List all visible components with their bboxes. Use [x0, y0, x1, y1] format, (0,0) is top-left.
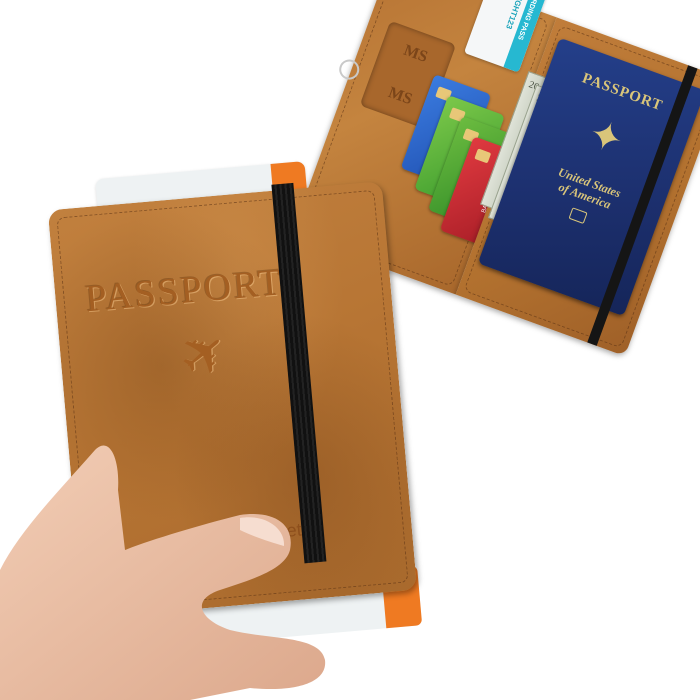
hand: [0, 430, 330, 700]
tab-emboss: MS: [401, 41, 430, 66]
eagle-seal-icon: ✦: [569, 104, 642, 172]
biometric-chip-icon: [568, 207, 587, 224]
tab-emboss: MS: [386, 84, 415, 109]
chip-icon: [474, 148, 491, 163]
